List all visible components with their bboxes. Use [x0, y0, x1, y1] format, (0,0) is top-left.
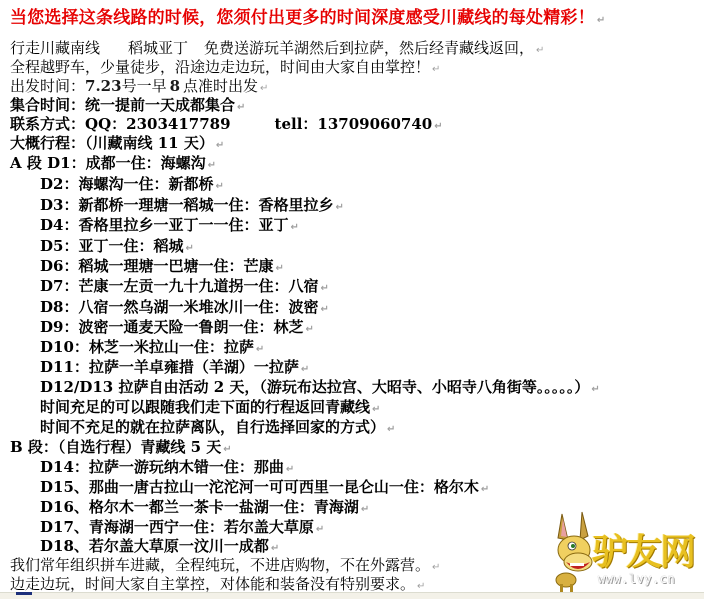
day-route: ：林芝一米拉山一住：拉萨	[74, 338, 254, 356]
day-code: D8	[40, 298, 63, 316]
day-code: D2	[40, 175, 63, 193]
day-route: ：拉萨一游玩纳木错一住：那曲	[74, 458, 284, 476]
departure-tail: 点准时出发	[183, 77, 258, 95]
section-b-day-17: D17、青海湖一西宁一住：若尔盖大草原↵	[40, 517, 324, 537]
gathering-time: 集合时间：统一提前一天成都集合↵	[10, 95, 245, 115]
paragraph-mark-icon: ↵	[432, 562, 440, 573]
paragraph-mark-icon: ↵	[481, 484, 489, 495]
logo-text: 驴友网	[592, 524, 694, 575]
day-route: ：新都桥一理塘一稻城一住：香格里拉乡	[63, 196, 333, 214]
section-b-header: B 段：（自选行程）青藏线 5 天↵	[10, 437, 232, 457]
section-a-day-7: D7：芒康一左贡一九十九道拐一住：八宿↵	[40, 276, 329, 296]
closing-text: 我们常年组织拼车进藏，全程纯玩，不进店购物，不在外露营。	[10, 556, 430, 574]
section-a-day-2: D2：海螺沟一住：新都桥↵	[40, 174, 224, 194]
section-b-day-18: D18、若尔盖大草原一汶川一成都↵	[40, 536, 279, 556]
closing-line-2: 边走边玩，时间大家自主掌控，对体能和装备没有特别要求。↵	[10, 574, 425, 594]
intro-line-1: 行走川藏南线稻城亚丁免费送游玩羊湖然后到拉萨，然后经青藏线返回，↵	[10, 38, 544, 58]
section-a-note-2: 时间不充足的就在拉萨离队，自行选择回家的方式）↵	[40, 417, 395, 437]
section-a-day-3: D3：新都桥一理塘一稻城一住：香格里拉乡↵	[40, 195, 344, 215]
document-page: 当您选择这条线路的时候，您须付出更多的时间深度感受川藏线的每处精彩！↵ 行走川藏…	[0, 0, 704, 590]
section-a-label: A 段	[10, 154, 42, 172]
day-route: ：芒康一左贡一九十九道拐一住：八宿	[63, 277, 318, 295]
day-route: 、青海湖一西宁一住：若尔盖大草原	[74, 518, 314, 536]
day-route: 、若尔盖大草原一汶川一成都	[74, 537, 269, 555]
site-logo: 驴友网 www.lvy.cn	[548, 510, 704, 594]
tel-number[interactable]: 13709060740	[317, 115, 432, 133]
contact-label: 联系方式：	[10, 115, 85, 133]
departure-hour: 8	[170, 77, 180, 95]
paragraph-mark-icon: ↵	[591, 384, 599, 395]
itinerary-label: 大概行程：	[10, 134, 85, 152]
intro-destination: 稻城亚丁	[128, 39, 188, 57]
itinerary-value: （川藏南线 11 天）	[85, 134, 214, 152]
day-code: D18	[40, 537, 74, 555]
section-b-day-14: D14：拉萨一游玩纳木错一住：那曲↵	[40, 457, 294, 477]
day-route: ：八宿一然乌湖一米堆冰川一住：波密	[63, 298, 318, 316]
note-text: 时间不充足的就在拉萨离队，自行选择回家的方式）	[40, 418, 385, 436]
paragraph-mark-icon: ↵	[286, 464, 294, 475]
paragraph-mark-icon: ↵	[536, 45, 544, 56]
paragraph-mark-icon: ↵	[275, 263, 283, 274]
section-a-day-4: D4：香格里拉乡一亚丁一一住：亚丁↵	[40, 215, 299, 235]
day-route: 、格尔木一都兰一茶卡一盐湖一住：青海湖	[74, 498, 359, 516]
paragraph-mark-icon: ↵	[320, 283, 328, 294]
day-code: D9	[40, 318, 63, 336]
day-route: ：拉萨一羊卓雍措（羊湖）一拉萨	[74, 358, 299, 376]
day-code: D15	[40, 478, 74, 496]
day-code: D3	[40, 196, 63, 214]
day-route: ：海螺沟一住：新都桥	[63, 175, 213, 193]
paragraph-mark-icon: ↵	[387, 424, 395, 435]
paragraph-mark-icon: ↵	[597, 15, 606, 26]
section-a-day-10: D10：林芝一米拉山一住：拉萨↵	[40, 337, 264, 357]
day-code: D12/D13	[40, 378, 113, 396]
tel-label: tell：	[275, 115, 318, 133]
paragraph-mark-icon: ↵	[301, 364, 309, 375]
day-code: D16	[40, 498, 74, 516]
section-a-day-8: D8：八宿一然乌湖一米堆冰川一住：波密↵	[40, 297, 329, 317]
headline: 当您选择这条线路的时候，您须付出更多的时间深度感受川藏线的每处精彩！↵	[10, 8, 605, 28]
departure-date: 7.23	[85, 77, 122, 95]
gathering-label: 集合时间：	[10, 96, 85, 114]
section-a-day-9: D9：波密一通麦天险一鲁朗一住：林芝↵	[40, 317, 314, 337]
paragraph-mark-icon: ↵	[215, 181, 223, 192]
closing-line-1: 我们常年组织拼车进藏，全程纯玩，不进店购物，不在外露营。↵	[10, 555, 440, 575]
day-code: D1	[47, 154, 70, 172]
section-a-day-5: D5：亚丁一住：稻城↵	[40, 236, 194, 256]
day-code: D4	[40, 216, 63, 234]
day-code: D6	[40, 257, 63, 275]
paragraph-mark-icon: ↵	[290, 222, 298, 233]
paragraph-mark-icon: ↵	[223, 444, 231, 455]
paragraph-mark-icon: ↵	[361, 504, 369, 515]
gathering-value: 统一提前一天成都集合	[85, 96, 235, 114]
paragraph-mark-icon: ↵	[316, 524, 324, 535]
bottom-edge-marker	[16, 592, 32, 595]
itinerary-summary: 大概行程：（川藏南线 11 天）↵	[10, 133, 224, 153]
intro-route-name: 行走川藏南线	[10, 39, 100, 57]
paragraph-mark-icon: ↵	[260, 83, 268, 94]
paragraph-mark-icon: ↵	[208, 160, 216, 171]
qq-label: QQ：	[85, 115, 126, 133]
section-a-day-1: A 段 D1：成都一住：海螺沟↵	[10, 153, 216, 173]
paragraph-mark-icon: ↵	[185, 243, 193, 254]
logo-url: www.lvy.cn	[598, 572, 675, 586]
section-a-note-1: 时间充足的可以跟随我们走下面的行程返回青藏线↵	[40, 397, 380, 417]
paragraph-mark-icon: ↵	[335, 202, 343, 213]
intro-description-2: 全程越野车，少量徒步，沿途边走边玩，时间由大家自由掌控！	[10, 58, 430, 76]
section-a-day-6: D6：稻城一理塘一巴塘一住：芒康↵	[40, 256, 284, 276]
headline-text: 当您选择这条线路的时候，您须付出更多的时间深度感受川藏线的每处精彩！	[10, 8, 595, 28]
paragraph-mark-icon: ↵	[372, 404, 380, 415]
day-code: D11	[40, 358, 74, 376]
contact-info: 联系方式：QQ：2303417789tell：13709060740↵	[10, 114, 443, 134]
intro-description: 免费送游玩羊湖然后到拉萨，然后经青藏线返回，	[204, 39, 534, 57]
day-route: ：稻城一理塘一巴塘一住：芒康	[63, 257, 273, 275]
paragraph-mark-icon: ↵	[434, 121, 442, 132]
section-b-day-15: D15、那曲一唐古拉山一沱沱河一可可西里一昆仑山一住：格尔木↵	[40, 477, 489, 497]
paragraph-mark-icon: ↵	[237, 102, 245, 113]
day-code: D7	[40, 277, 63, 295]
paragraph-mark-icon: ↵	[271, 543, 279, 554]
day-code: D10	[40, 338, 74, 356]
section-a-day-12-13: D12/D13 拉萨自由活动 2 天，（游玩布达拉宫、大昭寺、小昭寺八角街等。。…	[40, 377, 600, 397]
day-route: 拉萨自由活动 2 天，（游玩布达拉宫、大昭寺、小昭寺八角街等。。。。。）	[113, 378, 589, 396]
departure-time: 出发时间：7.23号一早8点准时出发↵	[10, 76, 268, 96]
section-b-day-16: D16、格尔木一都兰一茶卡一盐湖一住：青海湖↵	[40, 497, 369, 517]
day-route: ：亚丁一住：稻城	[63, 237, 183, 255]
intro-line-2: 全程越野车，少量徒步，沿途边走边玩，时间由大家自由掌控！↵	[10, 57, 440, 77]
paragraph-mark-icon: ↵	[432, 64, 440, 75]
day-code: D14	[40, 458, 74, 476]
note-text: 时间充足的可以跟随我们走下面的行程返回青藏线	[40, 398, 370, 416]
qq-number[interactable]: 2303417789	[126, 115, 230, 133]
day-code: D17	[40, 518, 74, 536]
paragraph-mark-icon: ↵	[305, 324, 313, 335]
paragraph-mark-icon: ↵	[256, 344, 264, 355]
paragraph-mark-icon: ↵	[320, 304, 328, 315]
day-route: 、那曲一唐古拉山一沱沱河一可可西里一昆仑山一住：格尔木	[74, 478, 479, 496]
paragraph-mark-icon: ↵	[216, 140, 224, 151]
departure-mid: 号一早	[122, 77, 167, 95]
section-a-day-11: D11：拉萨一羊卓雍措（羊湖）一拉萨↵	[40, 357, 309, 377]
bottom-edge	[0, 592, 704, 599]
day-route: ：香格里拉乡一亚丁一一住：亚丁	[63, 216, 288, 234]
section-b-label: B 段：（自选行程）青藏线 5 天	[10, 438, 221, 456]
day-route: ：波密一通麦天险一鲁朗一住：林芝	[63, 318, 303, 336]
day-code: D5	[40, 237, 63, 255]
day-route: ：成都一住：海螺沟	[71, 154, 206, 172]
closing-text: 边走边玩，时间大家自主掌控，对体能和装备没有特别要求。	[10, 575, 415, 593]
departure-label: 出发时间：	[10, 77, 85, 95]
paragraph-mark-icon: ↵	[417, 581, 425, 592]
